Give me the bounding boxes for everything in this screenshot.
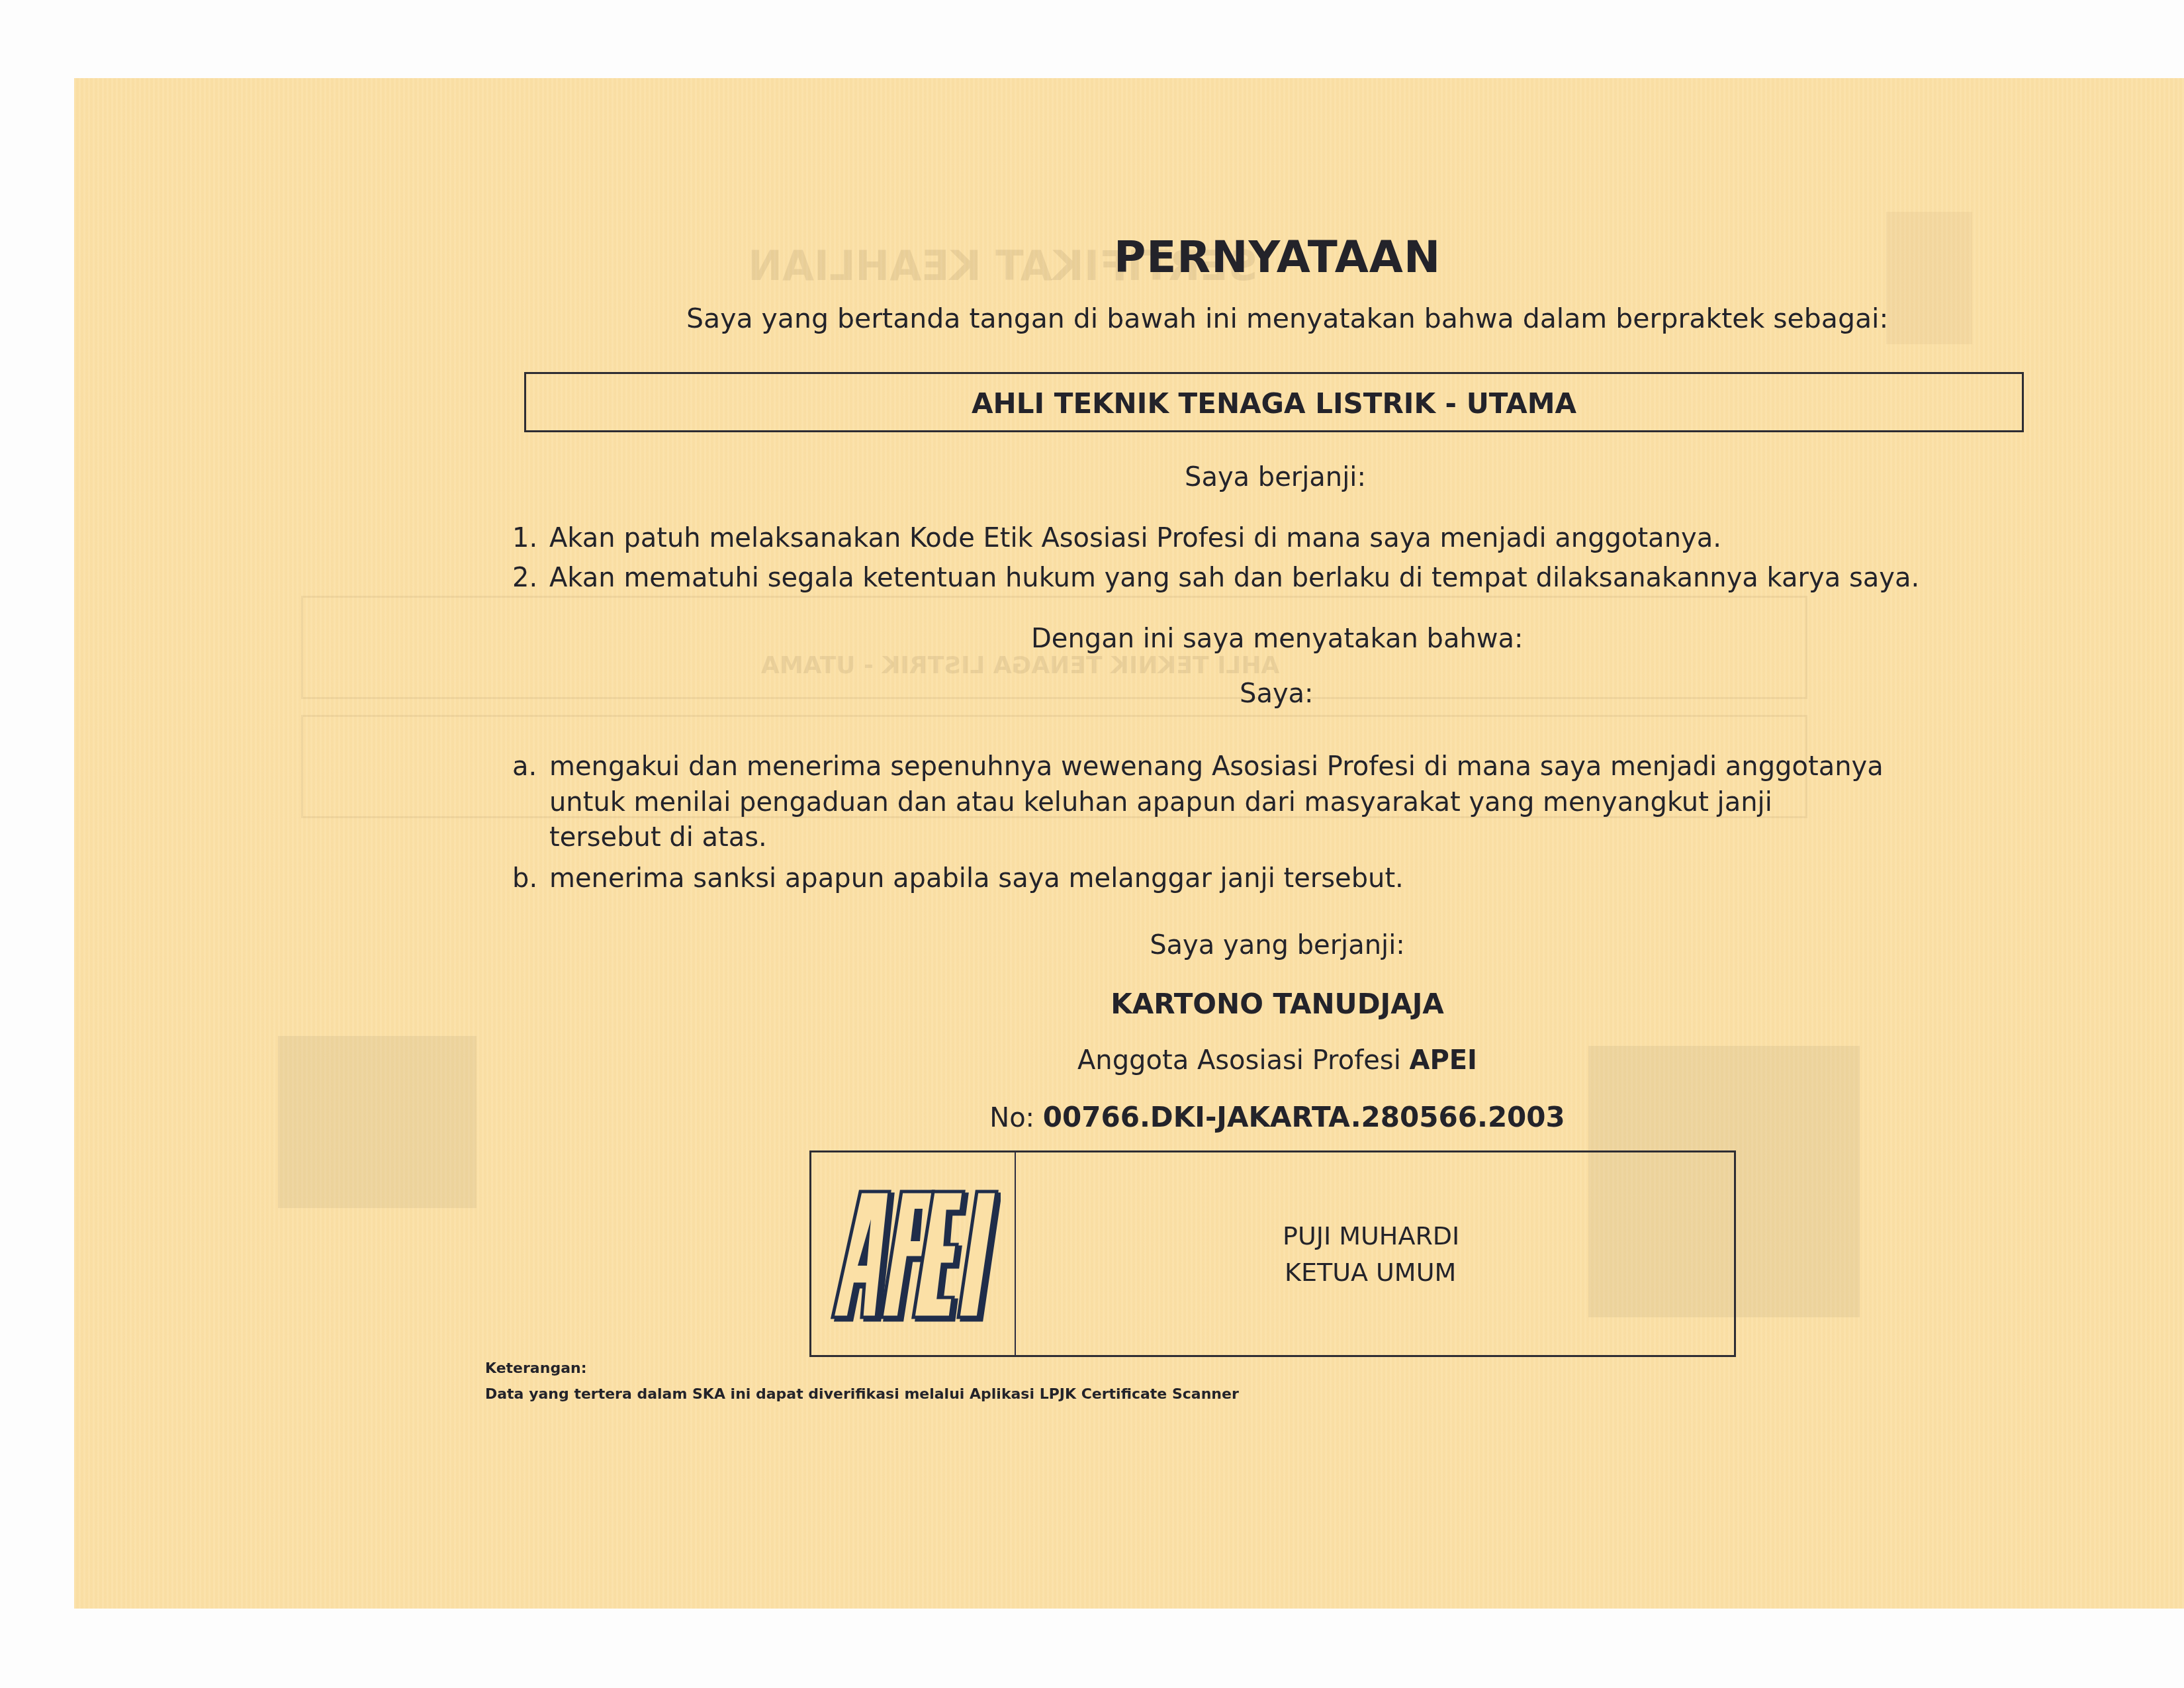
- signatory-label: Saya yang berjanji:: [927, 930, 1628, 961]
- official-name: PUJI MUHARDI: [1283, 1221, 1459, 1250]
- signatory-number: No: 00766.DKI-JAKARTA.280566.2003: [860, 1101, 1694, 1133]
- apei-logo-icon: [829, 1185, 1001, 1324]
- official-title: KETUA UMUM: [1285, 1258, 1456, 1287]
- declaration-line: tersebut di atas.: [549, 822, 767, 853]
- declaration-line: mengakui dan menerima sepenuhnya wewenan…: [549, 751, 1884, 782]
- promise-marker: 2.: [512, 563, 549, 593]
- bleed-through-classification: AHLI TEKNIK TENAGA LISTRIK - UTAMA: [761, 652, 1279, 679]
- promise-marker: 1.: [512, 523, 549, 553]
- promise-item-1: 1.Akan patuh melaksanakan Kode Etik Asos…: [512, 523, 1721, 553]
- declaration-marker: b.: [512, 863, 549, 894]
- promise-text: Akan patuh melaksanakan Kode Etik Asosia…: [549, 523, 1721, 553]
- classification-text: AHLI TEKNIK TENAGA LISTRIK - UTAMA: [526, 387, 2022, 420]
- declaration-item-a: a.mengakui dan menerima sepenuhnya wewen…: [512, 751, 1884, 782]
- promise-item-2: 2.Akan mematuhi segala ketentuan hukum y…: [512, 563, 1919, 593]
- declaration-line: untuk menilai pengaduan dan atau keluhan…: [549, 787, 1772, 818]
- signatory-membership: Anggota Asosiasi Profesi APEI: [860, 1045, 1694, 1076]
- declaration-heading: Dengan ini saya menyatakan bahwa:: [1031, 624, 1524, 654]
- declaration-marker: a.: [512, 751, 549, 782]
- page-title: PERNYATAAN: [0, 232, 2184, 283]
- membership-org: APEI: [1410, 1045, 1477, 1076]
- number-prefix: No:: [989, 1103, 1043, 1133]
- association-box-divider: [1015, 1152, 1016, 1356]
- member-number: 00766.DKI-JAKARTA.280566.2003: [1043, 1101, 1565, 1133]
- signatory-name: KARTONO TANUDJAJA: [927, 988, 1628, 1020]
- membership-prefix: Anggota Asosiasi Profesi: [1077, 1045, 1410, 1076]
- classification-box: AHLI TEKNIK TENAGA LISTRIK - UTAMA: [524, 372, 2024, 432]
- footer-note: Data yang tertera dalam SKA ini dapat di…: [485, 1386, 1239, 1403]
- bleed-through-photo: [278, 1036, 477, 1208]
- promise-text: Akan mematuhi segala ketentuan hukum yan…: [549, 563, 1919, 593]
- promise-heading: Saya berjanji:: [1185, 462, 1366, 492]
- declaration-subheading: Saya:: [1240, 679, 1314, 709]
- declaration-item-b: b.menerima sanksi apapun apabila saya me…: [512, 863, 1404, 894]
- declaration-line: menerima sanksi apapun apabila saya mela…: [549, 863, 1404, 894]
- footer-label: Keterangan:: [485, 1360, 586, 1377]
- intro-text: Saya yang bertanda tangan di bawah ini m…: [686, 303, 1888, 334]
